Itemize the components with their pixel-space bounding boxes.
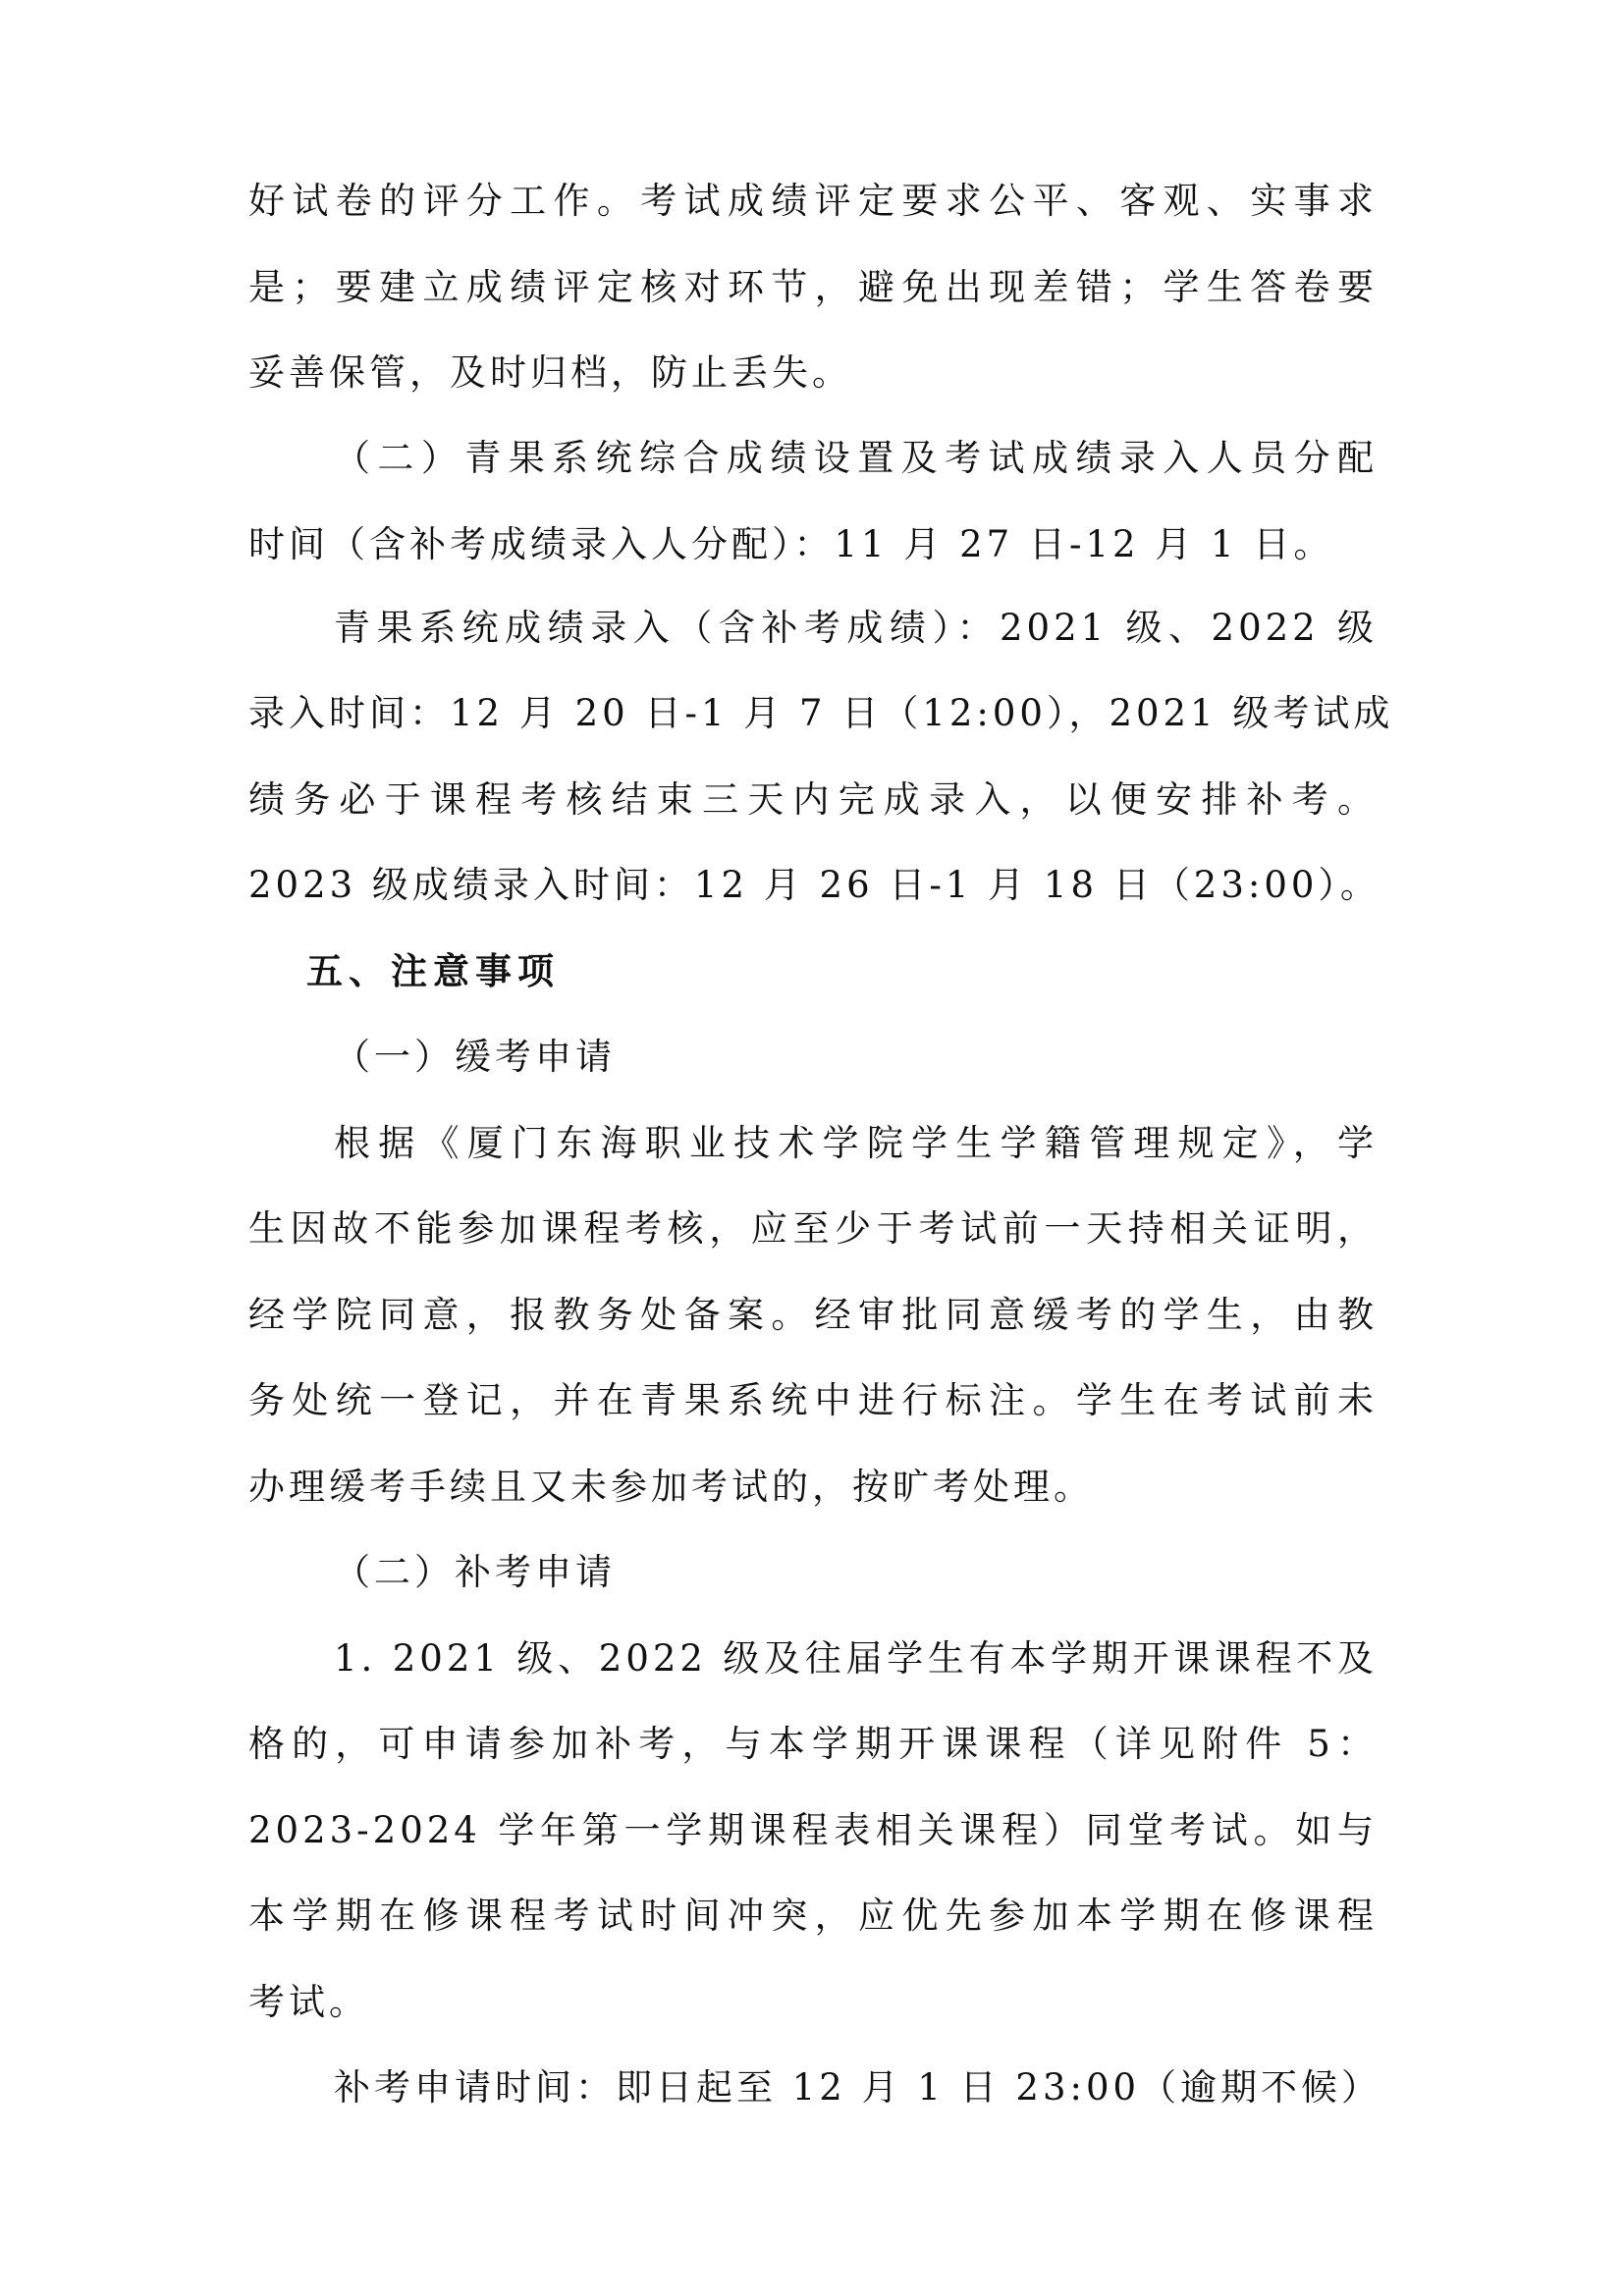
paragraph-line: 经学院同意，报教务处备案。经审批同意缓考的学生，由教 — [248, 1294, 1378, 1337]
paragraph-line: 时间（含补考成绩录入人分配）：11 月 27 日-12 月 1 日。 — [248, 523, 1333, 566]
paragraph-line: 生因故不能参加课程考核，应至少于考试前一天持相关证明， — [248, 1207, 1378, 1251]
paragraph-line: 补考申请时间：即日起至 12 月 1 日 23:00（逾期不候） — [334, 2066, 1378, 2109]
paragraph-line: 考试。 — [248, 1981, 369, 2024]
paragraph-line: 本学期在修课程考试时间冲突，应优先参加本学期在修课程 — [248, 1895, 1378, 1938]
paragraph-line: 办理缓考手续且又未参加考试的，按旷考处理。 — [248, 1466, 1094, 1509]
paragraph-line: （一）缓考申请 — [334, 1036, 616, 1079]
paragraph-line: 好试卷的评分工作。考试成绩评定要求公平、客观、实事求 — [248, 180, 1378, 223]
paragraph-line: （二）青果系统综合成绩设置及考试成绩录入人员分配 — [334, 437, 1378, 480]
paragraph-line: 是；要建立成绩评定核对环节，避免出现差错；学生答卷要 — [248, 266, 1378, 309]
paragraph-line: 1. 2021 级、2022 级及往届学生有本学期开课课程不及 — [334, 1637, 1378, 1681]
paragraph-line: 妥善保管，及时归档，防止丢失。 — [248, 351, 852, 395]
paragraph-line: 2023 级成绩录入时间：12 月 26 日-1 月 18 日（23:00）。 — [248, 864, 1380, 907]
paragraph-line: 务处统一登记，并在青果系统中进行标注。学生在考试前未 — [248, 1379, 1378, 1422]
paragraph-line: 录入时间：12 月 20 日-1 月 7 日（12:00），2021 级考试成 — [248, 692, 1378, 735]
paragraph-line: 绩务必于课程考核结束三天内完成录入，以便安排补考。 — [248, 778, 1378, 822]
document-page: 好试卷的评分工作。考试成绩评定要求公平、客观、实事求是；要建立成绩评定核对环节，… — [0, 0, 1624, 2296]
section-heading: 五、注意事项 — [306, 950, 560, 993]
paragraph-line: 格的，可申请参加补考，与本学期开课课程（详见附件 5： — [248, 1723, 1378, 1766]
paragraph-line: 青果系统成绩录入（含补考成绩）：2021 级、2022 级 — [334, 607, 1378, 650]
paragraph-line: 2023-2024 学年第一学期课程表相关课程）同堂考试。如与 — [248, 1809, 1378, 1852]
paragraph-line: （二）补考申请 — [334, 1551, 616, 1594]
paragraph-line: 根据《厦门东海职业技术学院学生学籍管理规定》，学 — [334, 1122, 1378, 1165]
